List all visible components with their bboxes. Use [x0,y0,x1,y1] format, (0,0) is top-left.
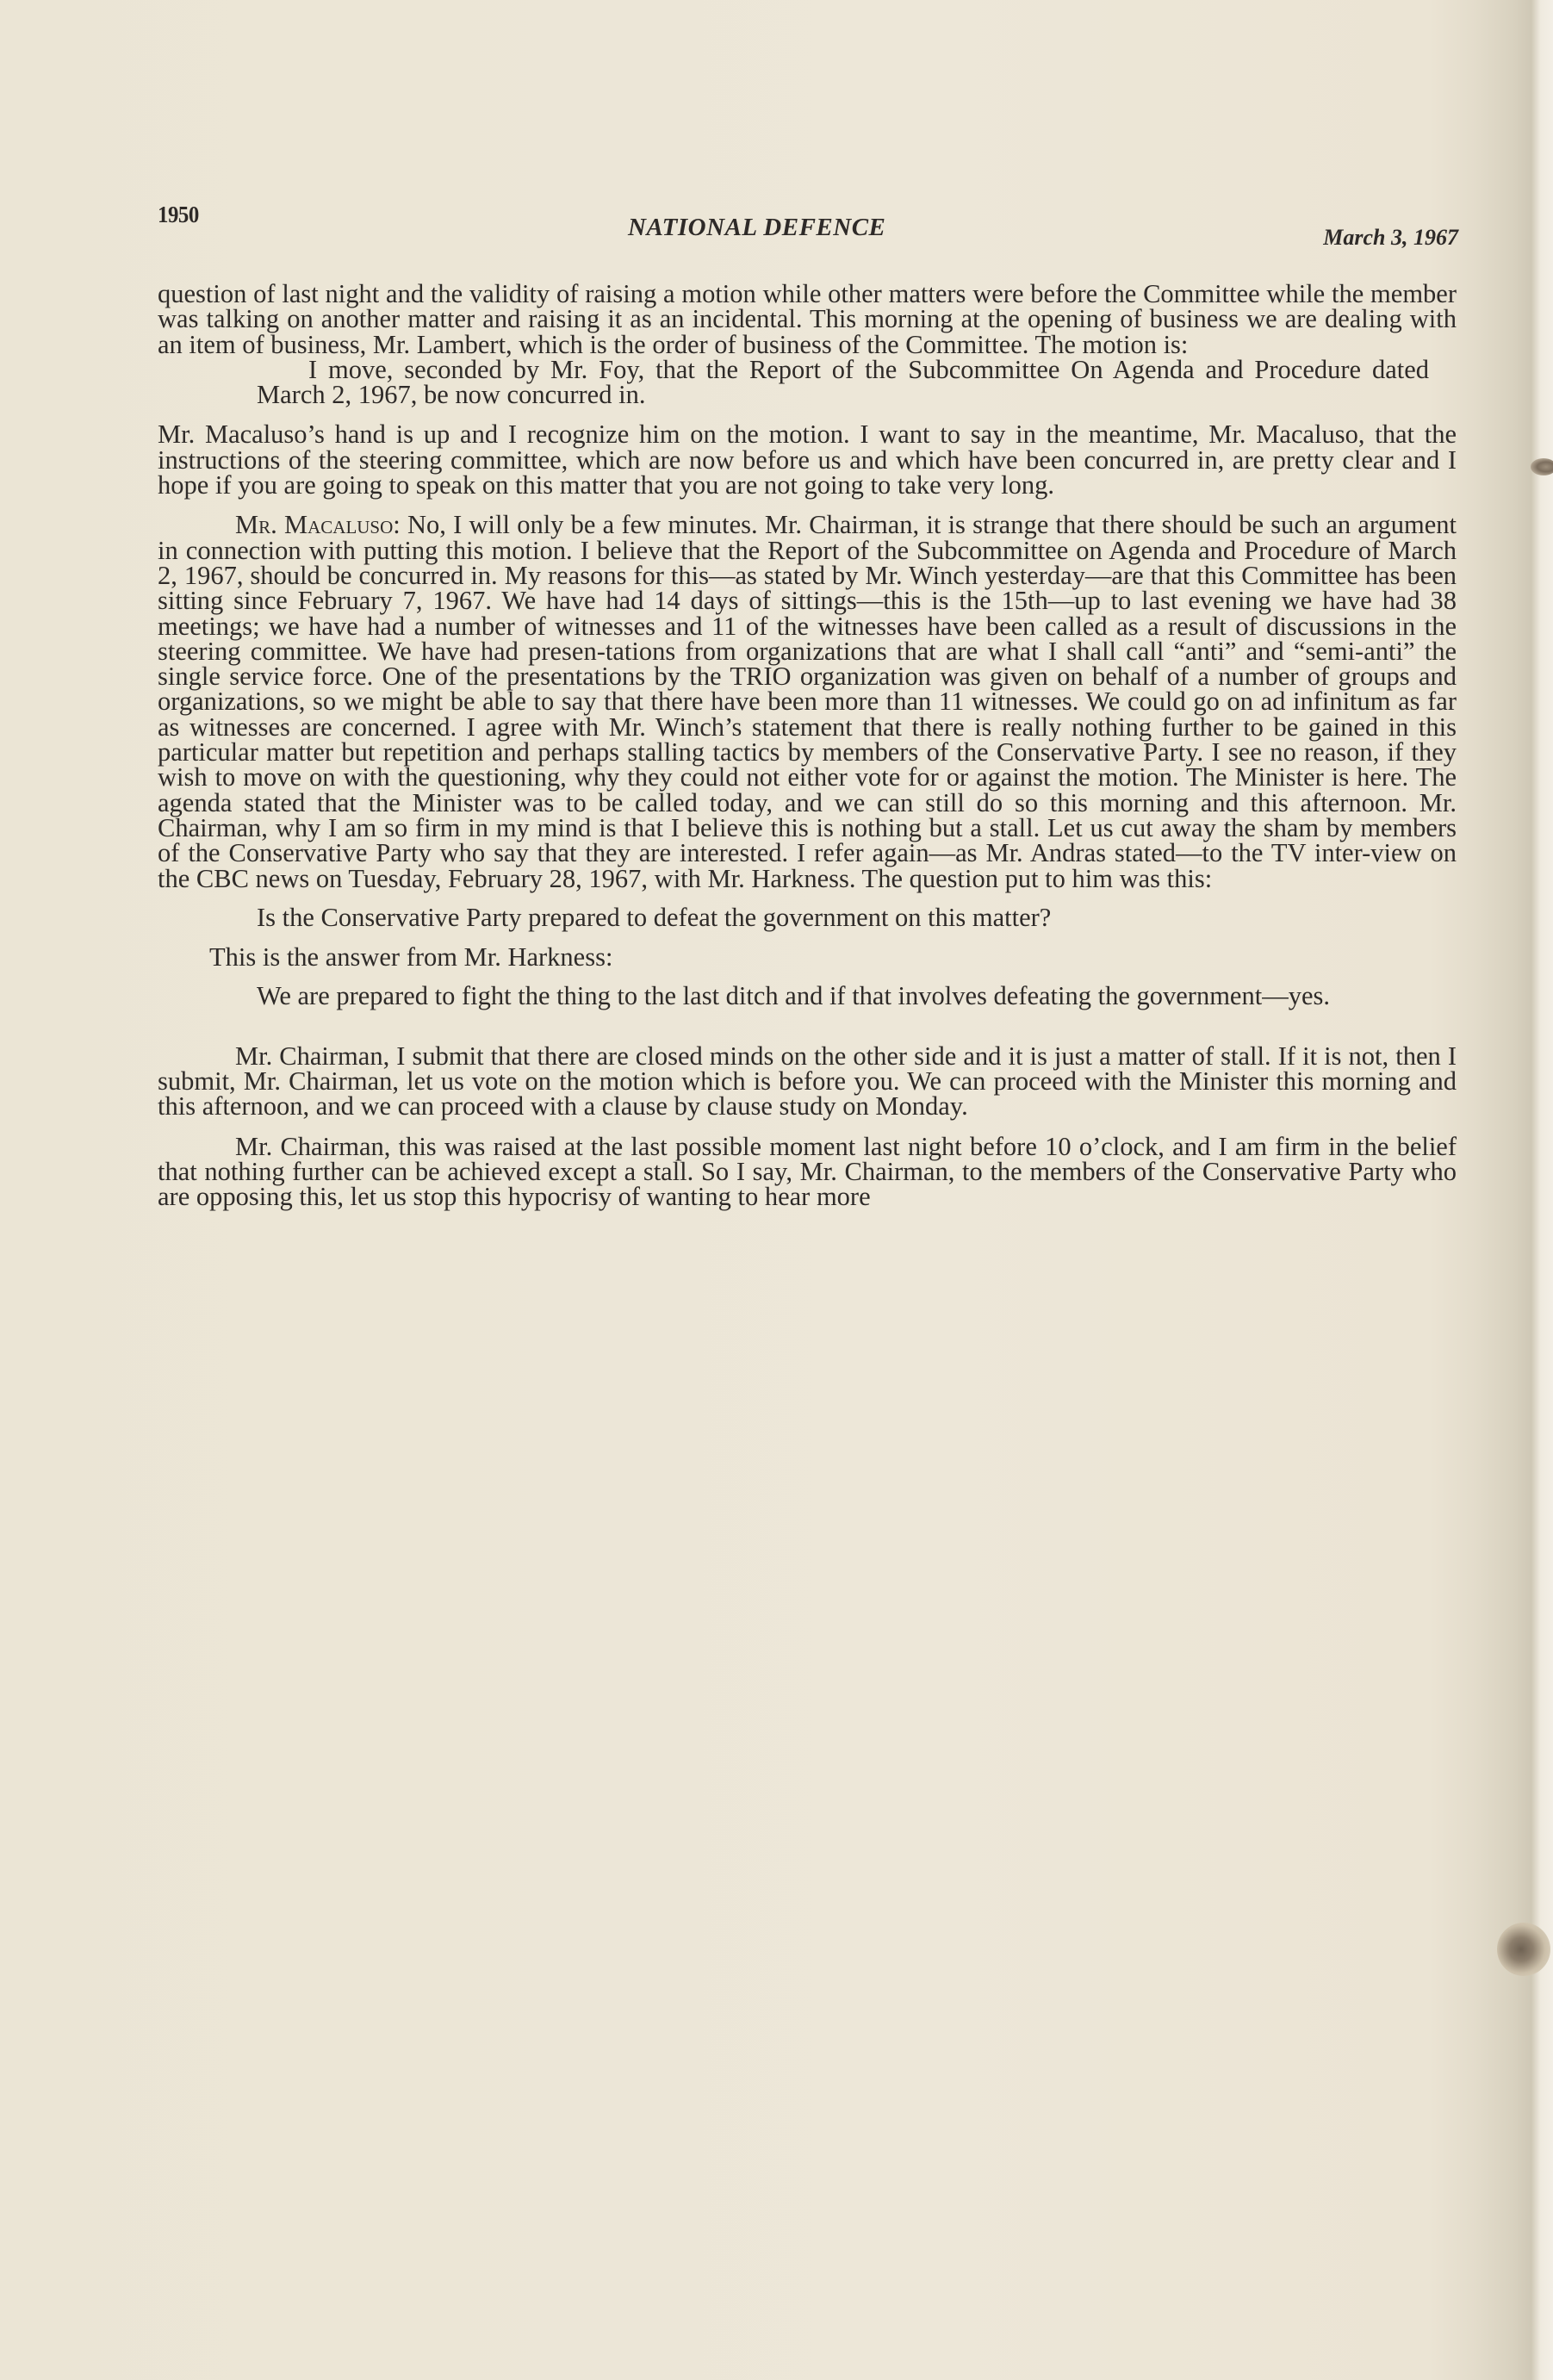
paragraph-closed-minds: Mr. Chairman, I submit that there are cl… [158,1044,1457,1120]
running-title: NATIONAL DEFENCE [628,214,885,242]
motion-quote: I move, seconded by Mr. Foy, that the Re… [257,357,1457,408]
question-quote: Is the Conservative Party prepared to de… [257,905,1457,930]
running-date: March 3, 1967 [1323,225,1458,251]
page-header: 1950 NATIONAL DEFENCE March 3, 1967 [158,196,1458,248]
binding-hole-icon [1531,458,1553,475]
speech-text: No, I will only be a few minutes. Mr. Ch… [158,510,1457,892]
binding-hole-icon [1497,1923,1550,1976]
body-text: question of last night and the validity … [158,282,1457,1210]
paragraph-chairman: Mr. Macaluso’s hand is up and I recogniz… [158,422,1457,498]
paragraph-continuation: question of last night and the validity … [158,282,1457,357]
scanned-page: 1950 NATIONAL DEFENCE March 3, 1967 ques… [0,0,1553,2380]
paragraph-macaluso: Mr. Macaluso: No, I will only be a few m… [158,513,1457,891]
page-number: 1950 [158,202,199,228]
paragraph-last-moment: Mr. Chairman, this was raised at the las… [158,1134,1457,1210]
answer-quote: We are prepared to fight the thing to th… [257,984,1457,1009]
paragraph-answer-intro: This is the answer from Mr. Harkness: [158,945,1457,970]
